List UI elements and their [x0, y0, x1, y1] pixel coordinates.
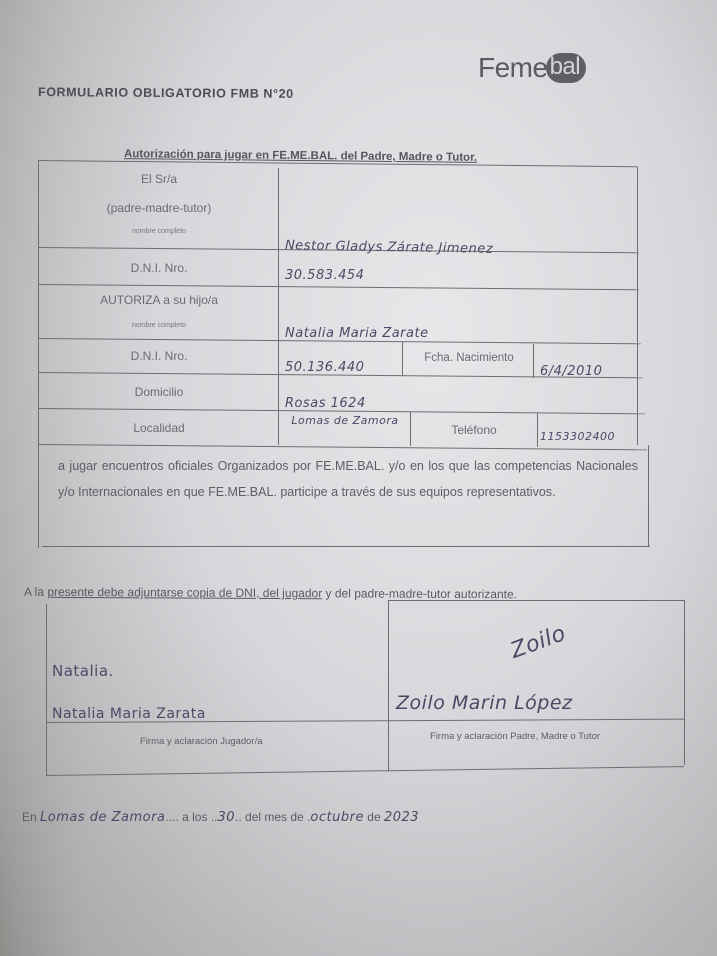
document-page: Femebal FORMULARIO OBLIGATORIO FMB N°20 …: [0, 0, 717, 956]
month-value[interactable]: octubre: [310, 810, 364, 825]
guardian-name-value[interactable]: Nestor Gladys Zárate Jimenez: [285, 238, 493, 257]
guardian-caption: Firma y aclaración Padre, Madre o Tutor: [430, 731, 600, 742]
del-mes-text: .. del mes de .: [235, 810, 310, 824]
address-label: Domicilio: [40, 385, 278, 399]
address-value[interactable]: Rosas 1624: [285, 396, 366, 411]
femebal-logo: Femebal: [478, 52, 586, 84]
player-clarification[interactable]: Natalia Maria Zarata: [52, 706, 206, 722]
guardian-dni-value[interactable]: 30.583.454: [285, 268, 364, 283]
phone-label: Teléfono: [412, 423, 536, 437]
a-los-text: a los ..: [179, 810, 218, 824]
phone-divider: [410, 412, 411, 446]
child-dni-label: D.N.I. Nro.: [40, 349, 278, 363]
sig-border-top: [388, 600, 685, 601]
table-border-right-lower: [648, 445, 649, 547]
child-name-value[interactable]: Natalia Maria Zarate: [285, 326, 429, 341]
sig-border-bottom: [46, 766, 684, 776]
sig-divider: [388, 601, 389, 771]
player-caption: Firma y aclaración Jugador/a: [140, 736, 263, 747]
guardian-label-2: (padre-madre-tutor): [40, 201, 278, 215]
place-value[interactable]: Lomas de Zamora: [40, 810, 165, 825]
row-divider: [39, 444, 647, 450]
column-divider: [278, 168, 279, 445]
child-label-2: nombre completo: [40, 322, 278, 329]
birth-date-label: Fcha. Nacimiento: [404, 352, 534, 364]
player-signature[interactable]: Natalia.: [52, 662, 114, 680]
phone-value-divider: [537, 413, 538, 447]
child-label-1: AUTORIZA a su hijo/a: [40, 293, 278, 307]
child-dni-value[interactable]: 50.136.440: [285, 360, 364, 375]
guardian-label-1: El Sr/a: [40, 172, 278, 186]
de-text: de: [364, 810, 384, 824]
place-date-line: En Lomas de Zamora.... a los ..30.. del …: [22, 810, 419, 825]
locality-label: Localidad: [40, 421, 278, 435]
form-title: FORMULARIO OBLIGATORIO FMB N°20: [38, 85, 294, 101]
birth-date-value[interactable]: 6/4/2010: [540, 364, 602, 379]
table-border-left: [38, 160, 39, 548]
table-border-bottom: [42, 546, 650, 547]
date-prefix: En: [22, 810, 37, 824]
guardian-dni-label: D.N.I. Nro.: [40, 261, 278, 275]
authorization-body-text: a jugar encuentros oficiales Organizados…: [58, 453, 638, 505]
guardian-label-3: nombre completo: [40, 228, 278, 235]
note-prefix: A la: [24, 585, 47, 599]
dots: ....: [165, 810, 178, 824]
sig-border-left: [46, 604, 47, 776]
day-value[interactable]: 30: [217, 810, 235, 825]
year-value[interactable]: 2023: [384, 810, 419, 825]
guardian-clarification[interactable]: Zoilo Marin López: [396, 692, 573, 714]
logo-text: Feme: [478, 52, 548, 84]
birth-divider: [402, 342, 403, 376]
note-underlined: presente debe adjuntarse copia de DNI, d…: [47, 585, 322, 600]
locality-value[interactable]: Lomas de Zamora: [286, 414, 404, 428]
table-border-right: [637, 167, 638, 445]
attachment-note: A la presente debe adjuntarse copia de D…: [24, 585, 517, 602]
sig-border-right: [684, 600, 685, 765]
logo-badge: bal: [546, 53, 587, 83]
guardian-signature[interactable]: Zoilo: [507, 621, 569, 664]
row-divider: [39, 284, 639, 290]
phone-value[interactable]: 1153302400: [540, 430, 615, 443]
